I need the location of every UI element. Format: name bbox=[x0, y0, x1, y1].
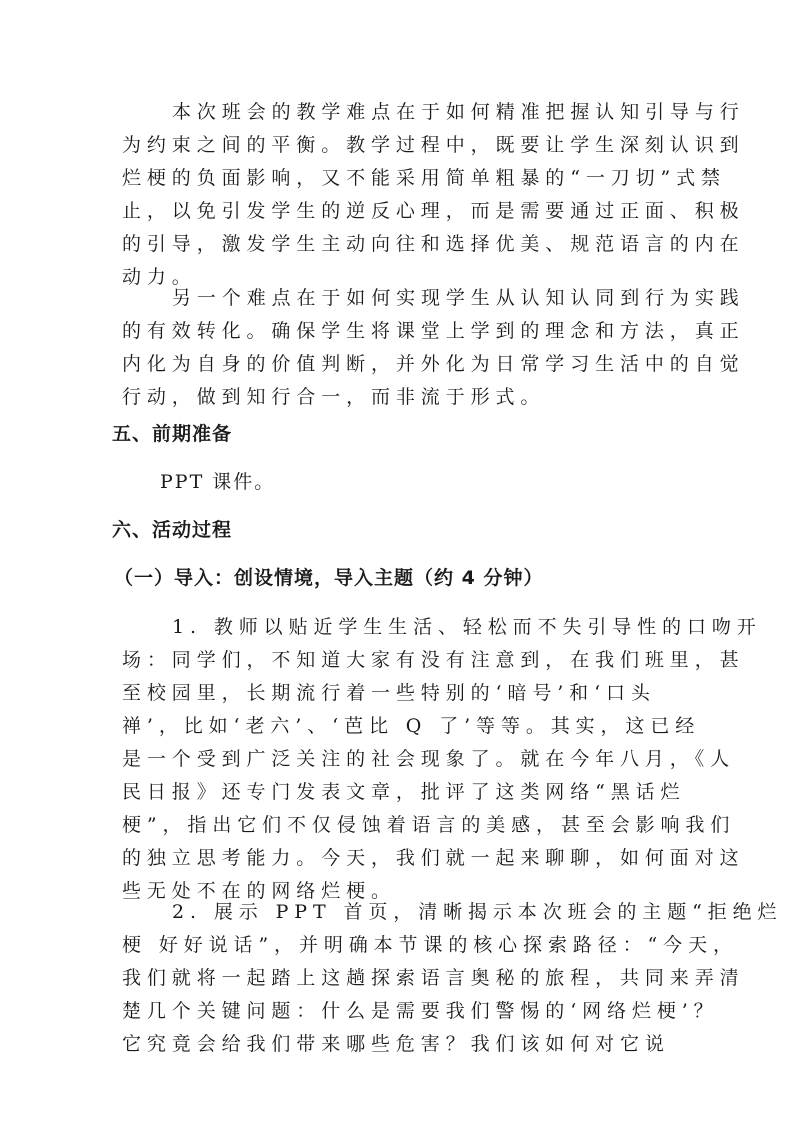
paragraph-teaching-difficulty-1: 本次班会的教学难点在于如何精准把握认知引导与行 为约束之间的平衡。教学过程中，既… bbox=[122, 96, 674, 294]
text-line: 的独立思考能力。今天，我们就一起来聊聊，如何面对这 bbox=[122, 842, 674, 875]
text-line: 禅’，比如‘老六’、‘芭比 Q 了’等等。其实，这已经 bbox=[122, 710, 674, 743]
text-line: 场：同学们，不知道大家有没有注意到，在我们班里，甚 bbox=[122, 644, 674, 677]
text-line: 烂梗的负面影响，又不能采用简单粗暴的“一刀切”式禁 bbox=[122, 162, 674, 195]
text-line: 为约束之间的平衡。教学过程中，既要让学生深刻认识到 bbox=[122, 129, 674, 162]
text-line: 1. 教师以贴近学生生活、轻松而不失引导性的口吻开 bbox=[122, 611, 674, 644]
paragraph-step-2: 2. 展示 PPT 首页，清晰揭示本次班会的主题“拒绝烂 梗 好好说话”，并明确… bbox=[122, 896, 674, 1061]
text-line: 的有效转化。确保学生将课堂上学到的理念和方法，真正 bbox=[122, 315, 674, 348]
subsection-heading-introduction: （一）导入：创设情境，导入主题（约 4 分钟） bbox=[114, 562, 543, 595]
text-line: 至校园里，长期流行着一些特别的‘暗号’和‘口头 bbox=[122, 677, 674, 710]
paragraph-teaching-difficulty-2: 另一个难点在于如何实现学生从认知认同到行为实践 的有效转化。确保学生将课堂上学到… bbox=[122, 282, 674, 414]
text-line: 梗 好好说话”，并明确本节课的核心探索路径：“今天， bbox=[122, 929, 674, 962]
text-line: 内化为自身的价值判断，并外化为日常学习生活中的自觉 bbox=[122, 348, 674, 381]
text-line: 梗”，指出它们不仅侵蚀着语言的美感，甚至会影响我们 bbox=[122, 809, 674, 842]
paragraph-step-1: 1. 教师以贴近学生生活、轻松而不失引导性的口吻开 场：同学们，不知道大家有没有… bbox=[122, 611, 674, 908]
section-heading-preparation: 五、前期准备 bbox=[112, 418, 232, 451]
text-line: 的引导，激发学生主动向往和选择优美、规范语言的内在 bbox=[122, 228, 674, 261]
text-line: 行动，做到知行合一，而非流于形式。 bbox=[122, 381, 674, 414]
text-line: 本次班会的教学难点在于如何精准把握认知引导与行 bbox=[122, 96, 674, 129]
text-line: 止，以免引发学生的逆反心理，而是需要通过正面、积极 bbox=[122, 195, 674, 228]
text-line: 是一个受到广泛关注的社会现象了。就在今年八月，《人 bbox=[122, 743, 674, 776]
text-line: 2. 展示 PPT 首页，清晰揭示本次班会的主题“拒绝烂 bbox=[122, 896, 674, 929]
text-line: 它究竟会给我们带来哪些危害？我们该如何对它说 bbox=[122, 1028, 674, 1061]
section-heading-activity-process: 六、活动过程 bbox=[112, 514, 232, 547]
text-line: 另一个难点在于如何实现学生从认知认同到行为实践 bbox=[122, 282, 674, 315]
text-line: 民日报》还专门发表文章，批评了这类网络“黑话烂 bbox=[122, 776, 674, 809]
text-line: 我们就将一起踏上这趟探索语言奥秘的旅程，共同来弄清 bbox=[122, 962, 674, 995]
preparation-body: PPT 课件。 bbox=[160, 466, 275, 499]
text-line: 楚几个关键问题：什么是需要我们警惕的‘网络烂梗’？ bbox=[122, 995, 674, 1028]
